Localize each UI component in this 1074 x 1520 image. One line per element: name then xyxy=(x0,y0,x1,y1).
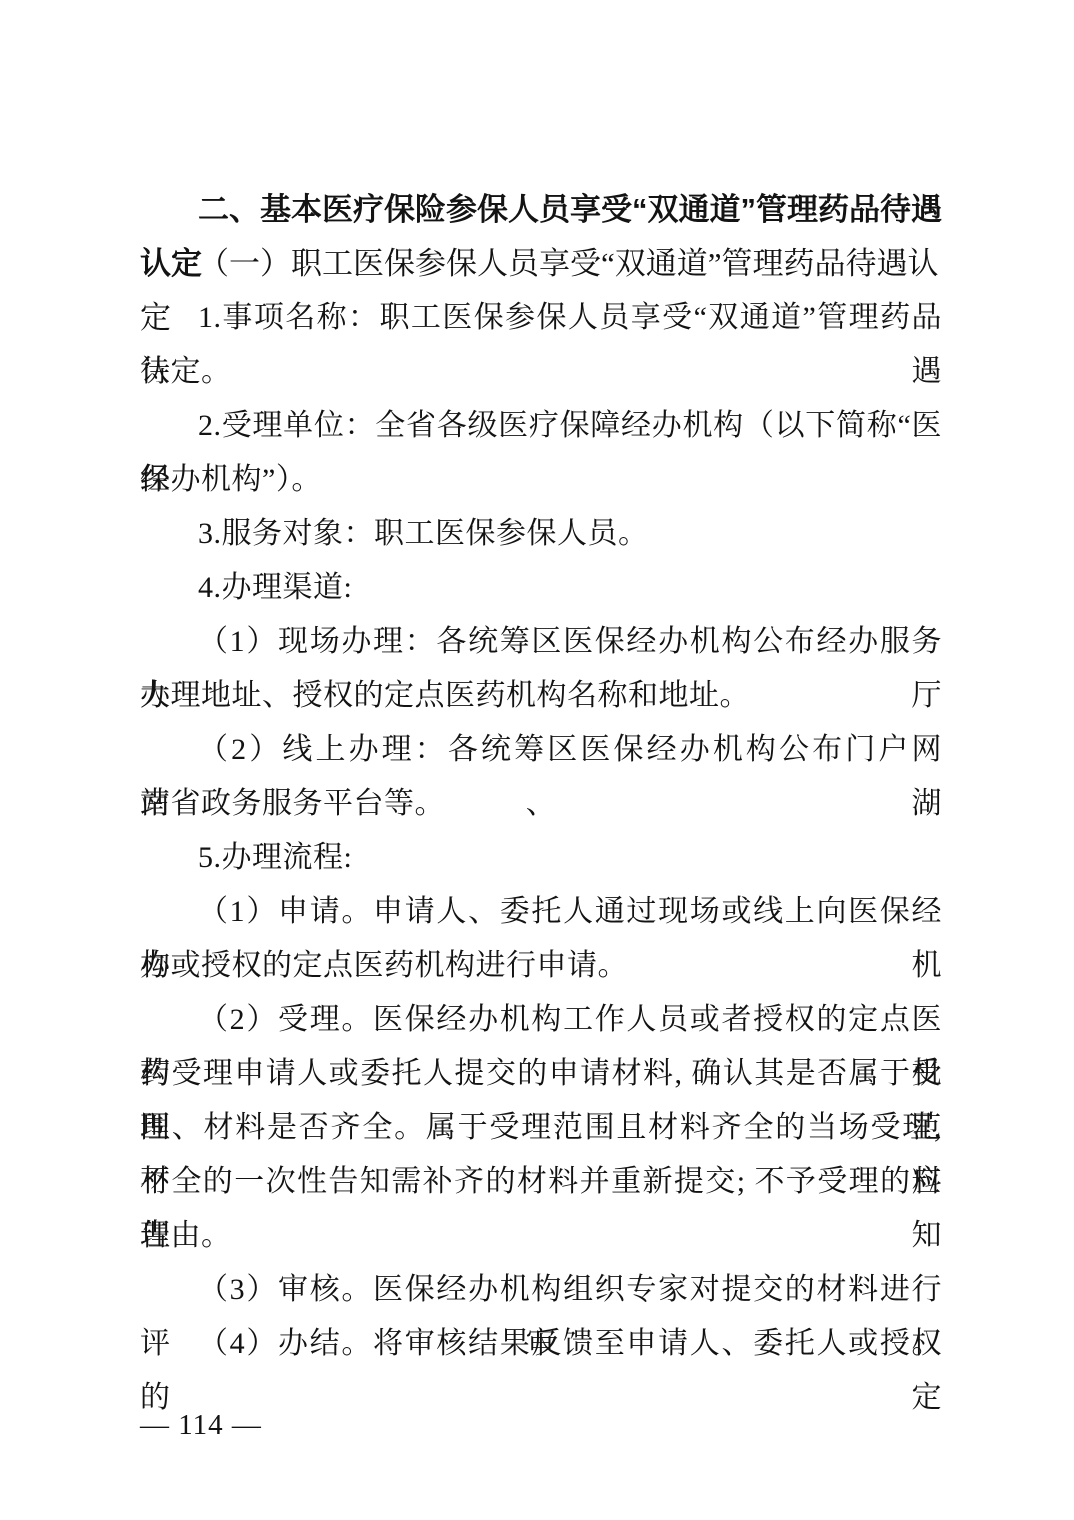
section-heading: 二、基本医疗保险参保人员享受“双通道”管理药品待遇认定 xyxy=(140,183,942,237)
document-body: 二、基本医疗保险参保人员享受“双通道”管理药品待遇认定 （一）职工医保参保人员享… xyxy=(140,183,942,1371)
text-line: 1.事项名称：职工医保参保人员享受“双通道”管理药品待遇 xyxy=(140,291,942,345)
text-line: （4）办结。将审核结果反馈至申请人、委托人或授权的定 xyxy=(140,1317,942,1371)
text-line: （2）线上办理：各统筹区医保经办机构公布门户网站、湖 xyxy=(140,723,942,777)
text-line: （1）申请。申请人、委托人通过现场或线上向医保经办机 xyxy=(140,885,942,939)
document-page: 二、基本医疗保险参保人员享受“双通道”管理药品待遇认定 （一）职工医保参保人员享… xyxy=(0,0,1074,1520)
text-line: 5.办理流程: xyxy=(140,831,942,885)
text-line: （1）现场办理：各统筹区医保经办机构公布经办服务大厅 xyxy=(140,615,942,669)
subsection-heading: （一）职工医保参保人员享受“双通道”管理药品待遇认定 xyxy=(140,237,942,291)
text-line: 构受理申请人或委托人提交的申请材料, 确认其是否属于受理范 xyxy=(140,1047,942,1101)
text-line: （3）审核。医保经办机构组织专家对提交的材料进行评审。 xyxy=(140,1263,942,1317)
text-line: 不全的一次性告知需补齐的材料并重新提交; 不予受理的应告知 xyxy=(140,1155,942,1209)
text-line: 2.受理单位：全省各级医疗保障经办机构（以下简称“医保 xyxy=(140,399,942,453)
text-line: 经办机构”）。 xyxy=(140,453,942,507)
text-line: （2）受理。医保经办机构工作人员或者授权的定点医药机 xyxy=(140,993,942,1047)
text-line: 围、材料是否齐全。属于受理范围且材料齐全的当场受理, 材料 xyxy=(140,1101,942,1155)
page-number: — 114 — xyxy=(140,1405,262,1445)
text-line: 3.服务对象：职工医保参保人员。 xyxy=(140,507,942,561)
text-line: 4.办理渠道: xyxy=(140,561,942,615)
